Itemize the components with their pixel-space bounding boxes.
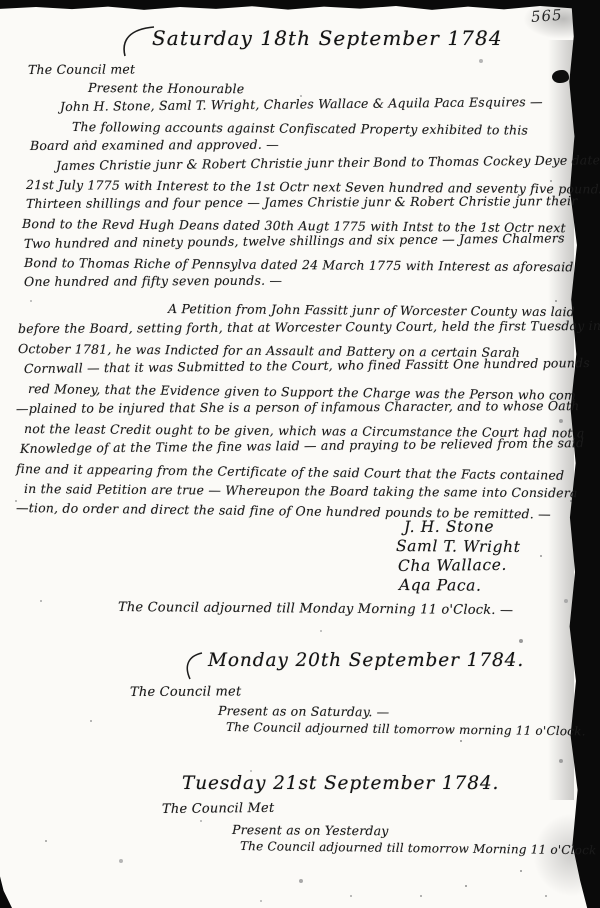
scan-corner-bottom-left — [0, 872, 12, 908]
session-heading: Saturday 18th September 1784 — [152, 26, 503, 50]
scan-border-top — [0, 0, 600, 12]
petition-line: Cornwall — that it was Submitted to the … — [24, 355, 590, 376]
session-heading: Tuesday 21st September 1784. — [182, 773, 499, 794]
present-line: Present the Honourable — [88, 80, 244, 96]
council-met-line: The Council met — [130, 684, 241, 700]
account-entry-line: Two hundred and ninety pounds, twelve sh… — [24, 230, 565, 251]
flourish-mark — [182, 650, 204, 682]
session-heading: Monday 20th September 1784. — [208, 650, 524, 671]
adjournment-line: The Council adjourned till Monday Mornin… — [118, 600, 513, 618]
present-line: Present as on Yesterday — [232, 822, 389, 838]
page-number: 565 — [530, 6, 563, 26]
account-entry-line: James Christie junr & Robert Christie ju… — [56, 152, 600, 173]
scan-border-right — [568, 0, 600, 908]
petition-line: in the said Petition are true — Whereupo… — [24, 481, 578, 500]
petition-line: Knowledge of at the Time the fine was la… — [20, 435, 584, 456]
petition-line: before the Board, setting forth, that at… — [18, 318, 600, 336]
adjournment-line: The Council adjourned till tomorrow Morn… — [240, 839, 597, 857]
adjournment-line: The Council adjourned till tomorrow morn… — [226, 720, 586, 738]
signature: Cha Wallace. — [398, 556, 507, 575]
petition-line: A Petition from John Fassitt junr of Wor… — [168, 301, 575, 319]
signature: Saml T. Wright — [396, 537, 521, 556]
ink-blot — [552, 70, 569, 83]
signature: Aqa Paca. — [399, 576, 482, 595]
account-entry-line: Thirteen shillings and four pence — Jame… — [26, 193, 577, 211]
account-entry-line: One hundred and fifty seven pounds. — — [24, 273, 282, 289]
accounts-intro-line: The following accounts against Confiscat… — [72, 119, 528, 138]
council-met-line: The Council Met — [162, 801, 275, 817]
flourish-mark — [118, 24, 156, 58]
petition-line: fine and it appearing from the Certifica… — [16, 461, 564, 483]
account-entry-line: Bond to Thomas Riche of Pennsylva dated … — [24, 255, 574, 274]
accounts-intro-line: Board and examined and approved. — — [30, 137, 279, 153]
members-line: John H. Stone, Saml T. Wright, Charles W… — [60, 94, 543, 114]
present-line: Present as on Saturday. — — [218, 703, 390, 719]
petition-line: —plained to be injured that She is a per… — [16, 398, 579, 416]
council-met-line: The Council met — [28, 61, 135, 77]
signature: J. H. Stone — [404, 518, 494, 536]
